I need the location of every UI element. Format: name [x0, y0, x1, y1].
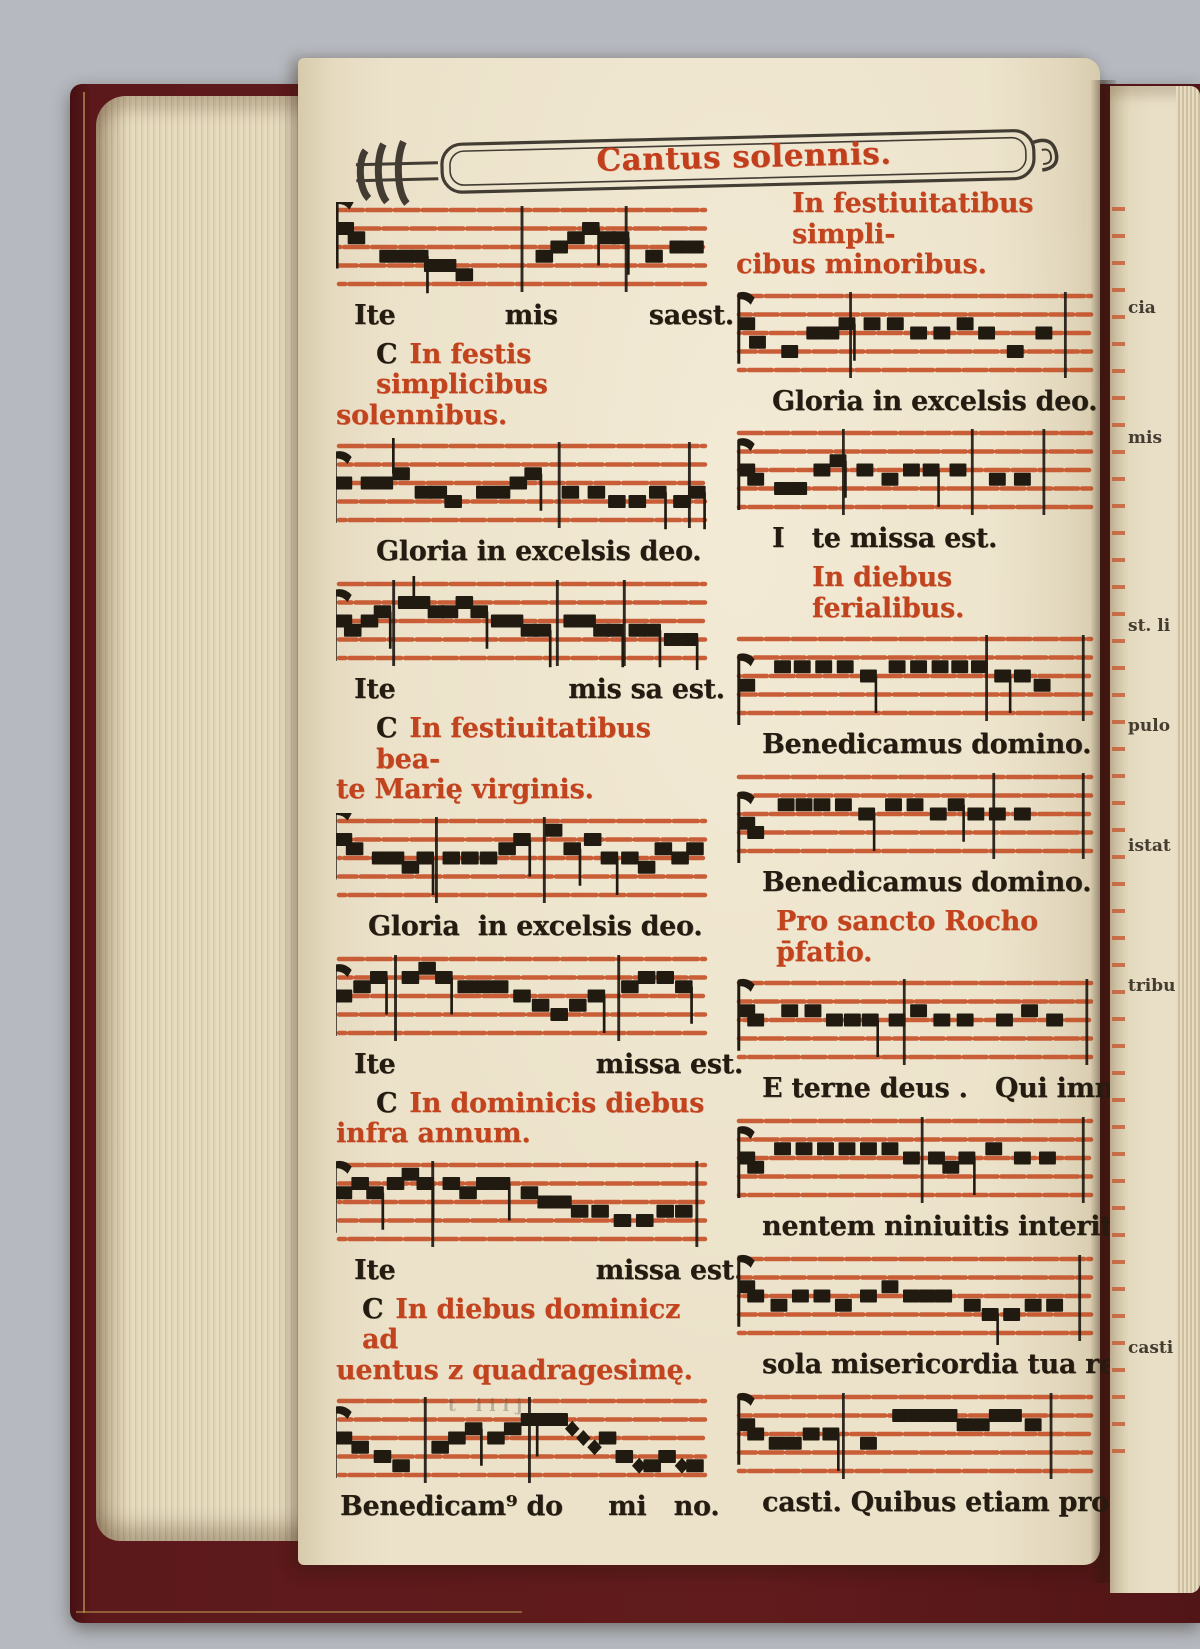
- rubric-text: Pro sancto Rocho p̄fatio.: [736, 907, 1094, 968]
- signature-mark: t iiij: [448, 1396, 529, 1416]
- right-column: In festiuitatibus simpli-cibus minoribus…: [736, 188, 1094, 1527]
- chant-text: Gloria in excelsis deo.: [736, 386, 1094, 419]
- rubric-line: In diebus ferialibus.: [736, 563, 1094, 624]
- rubric-line: Pro sancto Rocho p̄fatio.: [736, 907, 1094, 968]
- rubric-text: In diebus ferialibus.: [736, 563, 1094, 624]
- music-staff: [336, 1157, 708, 1251]
- chant-text: Ite mis saest.: [336, 300, 708, 333]
- rubric-line: CIn festis simplicibus: [336, 340, 708, 401]
- book-photo: Cantus solennis. Ite mis saest.CIn festi…: [0, 0, 1200, 1649]
- chant-text: Benedicam⁹ do mi no.: [336, 1491, 708, 1524]
- chant-text: Benedicamus domino.: [736, 867, 1094, 900]
- music-staff: [336, 576, 708, 670]
- capitulum-mark: C: [376, 713, 409, 744]
- music-staff: [736, 975, 1094, 1069]
- music-staff: [336, 202, 708, 296]
- capitulum-mark: C: [376, 339, 409, 370]
- book-page: Cantus solennis. Ite mis saest.CIn festi…: [298, 58, 1100, 1565]
- rubric-line: uentus z quadragesimę.: [336, 1356, 708, 1387]
- staff-line-ends: [1112, 196, 1125, 1473]
- chant-text: Gloria in excelsis deo.: [336, 536, 708, 569]
- rubric-line: te Marię virginis.: [336, 775, 708, 806]
- chant-text: Gloria in excelsis deo.: [336, 911, 708, 944]
- rubric-text: CIn dominicis diebusinfra annum.: [336, 1089, 708, 1150]
- music-staff: [736, 1251, 1094, 1345]
- chant-text: Ite missa est.: [336, 1049, 708, 1082]
- rubric-text: In festiuitatibus simpli-cibus minoribus…: [736, 189, 1094, 281]
- music-staff: [736, 288, 1094, 382]
- rubric-line: solennibus.: [336, 401, 708, 432]
- music-staff: [736, 1389, 1094, 1483]
- rubric-line: CIn dominicis diebus: [336, 1089, 708, 1120]
- facing-page-edge: ciamisst. lipuloistattribucasti: [1110, 86, 1200, 1593]
- chant-text: casti. Quibus etiam propi-: [736, 1487, 1094, 1520]
- rubric-text: CIn festis simplicibussolennibus.: [336, 340, 708, 432]
- rubric-line: cibus minoribus.: [736, 250, 1094, 281]
- music-staff: [736, 631, 1094, 725]
- rubric-line: CIn festiuitatibus bea-: [336, 714, 708, 775]
- rubric-text: CIn festiuitatibus bea-te Marię virginis…: [336, 714, 708, 806]
- fore-edge-stripes: [1176, 86, 1200, 1593]
- chant-text: Ite mis sa est.: [336, 674, 708, 707]
- capitulum-mark: C: [376, 1088, 409, 1119]
- music-staff: [736, 1113, 1094, 1207]
- music-staff: [336, 438, 708, 532]
- capitulum-mark: C: [362, 1294, 395, 1325]
- rubric-line: CIn diebus dominicz ad: [336, 1295, 708, 1356]
- chant-text: I te missa est.: [736, 523, 1094, 556]
- rubric-line: In festiuitatibus simpli-: [736, 189, 1094, 250]
- chant-text: E terne deus . Qui immi: [736, 1073, 1094, 1106]
- chant-text: Benedicamus domino.: [736, 729, 1094, 762]
- left-column: Ite mis saest.CIn festis simplicibussole…: [336, 202, 708, 1531]
- rubric-line: infra annum.: [336, 1119, 708, 1150]
- music-staff: [736, 425, 1094, 519]
- chant-text: nentem niniuitis interitum:: [736, 1211, 1094, 1244]
- chant-text: Ite missa est.: [336, 1255, 708, 1288]
- rubric-text: CIn diebus dominicz aduentus z quadrages…: [336, 1295, 708, 1387]
- music-staff: [736, 769, 1094, 863]
- chant-text: sola misericordia tua reuo-: [736, 1349, 1094, 1382]
- music-staff: [336, 813, 708, 907]
- music-staff: [336, 951, 708, 1045]
